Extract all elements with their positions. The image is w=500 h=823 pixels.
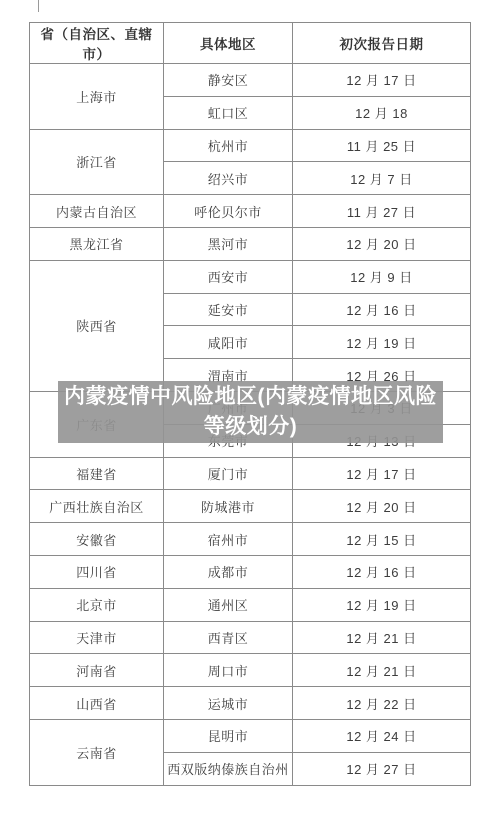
area-cell: 咸阳市 [164, 326, 293, 359]
province-cell: 内蒙古自治区 [30, 195, 164, 228]
header-area: 具体地区 [164, 23, 293, 64]
province-cell: 河南省 [30, 654, 164, 687]
area-cell: 防城港市 [164, 490, 293, 523]
area-cell: 虹口区 [164, 96, 293, 129]
area-cell: 绍兴市 [164, 162, 293, 195]
date-cell: 12 月 16 日 [293, 293, 471, 326]
date-cell: 12 月 19 日 [293, 326, 471, 359]
area-cell: 杭州市 [164, 129, 293, 162]
date-cell: 12 月 17 日 [293, 457, 471, 490]
table-row: 安徽省 宿州市 12 月 15 日 [30, 523, 471, 556]
area-cell: 周口市 [164, 654, 293, 687]
table-row: 内蒙古自治区 呼伦贝尔市 11 月 27 日 [30, 195, 471, 228]
area-cell: 通州区 [164, 588, 293, 621]
date-cell: 12 月 21 日 [293, 654, 471, 687]
province-cell: 山西省 [30, 687, 164, 720]
area-cell: 西双版纳傣族自治州 [164, 752, 293, 785]
area-cell: 宿州市 [164, 523, 293, 556]
date-cell: 12 月 21 日 [293, 621, 471, 654]
table-row: 上海市 静安区 12 月 17 日 [30, 64, 471, 97]
table-row: 福建省 厦门市 12 月 17 日 [30, 457, 471, 490]
date-cell: 11 月 25 日 [293, 129, 471, 162]
area-cell: 西青区 [164, 621, 293, 654]
date-cell: 12 月 24 日 [293, 719, 471, 752]
area-cell: 成都市 [164, 555, 293, 588]
date-cell: 12 月 19 日 [293, 588, 471, 621]
header-date: 初次报告日期 [293, 23, 471, 64]
date-cell: 12 月 18 [293, 96, 471, 129]
province-cell: 广西壮族自治区 [30, 490, 164, 523]
date-cell: 12 月 7 日 [293, 162, 471, 195]
province-cell: 安徽省 [30, 523, 164, 556]
province-cell: 天津市 [30, 621, 164, 654]
watermark-title-overlay: 内蒙疫情中风险地区(内蒙疫情地区风险等级划分) [58, 381, 443, 443]
area-cell: 黑河市 [164, 227, 293, 260]
date-cell: 12 月 16 日 [293, 555, 471, 588]
area-cell: 静安区 [164, 64, 293, 97]
area-cell: 昆明市 [164, 719, 293, 752]
date-cell: 12 月 15 日 [293, 523, 471, 556]
header-province: 省（自治区、直辖市） [30, 23, 164, 64]
watermark-title-text: 内蒙疫情中风险地区(内蒙疫情地区风险等级划分) [58, 382, 443, 442]
table-row: 浙江省 杭州市 11 月 25 日 [30, 129, 471, 162]
province-cell: 浙江省 [30, 129, 164, 195]
province-cell: 北京市 [30, 588, 164, 621]
table-row: 天津市 西青区 12 月 21 日 [30, 621, 471, 654]
table-header-row: 省（自治区、直辖市） 具体地区 初次报告日期 [30, 23, 471, 64]
province-cell: 陕西省 [30, 260, 164, 391]
province-cell: 四川省 [30, 555, 164, 588]
table-row: 黑龙江省 黑河市 12 月 20 日 [30, 227, 471, 260]
date-cell: 12 月 27 日 [293, 752, 471, 785]
table-row: 四川省 成都市 12 月 16 日 [30, 555, 471, 588]
area-cell: 延安市 [164, 293, 293, 326]
date-cell: 12 月 20 日 [293, 490, 471, 523]
province-cell: 黑龙江省 [30, 227, 164, 260]
table-row: 北京市 通州区 12 月 19 日 [30, 588, 471, 621]
area-cell: 厦门市 [164, 457, 293, 490]
table-row: 云南省 昆明市 12 月 24 日 [30, 719, 471, 752]
province-cell: 福建省 [30, 457, 164, 490]
province-cell: 上海市 [30, 64, 164, 130]
table-row: 河南省 周口市 12 月 21 日 [30, 654, 471, 687]
page: 省（自治区、直辖市） 具体地区 初次报告日期 上海市 静安区 12 月 17 日… [0, 0, 500, 823]
date-cell: 11 月 27 日 [293, 195, 471, 228]
cropped-table-remnant-line [38, 0, 39, 12]
date-cell: 12 月 20 日 [293, 227, 471, 260]
area-cell: 运城市 [164, 687, 293, 720]
area-cell: 西安市 [164, 260, 293, 293]
province-cell: 云南省 [30, 719, 164, 785]
table-row: 陕西省 西安市 12 月 9 日 [30, 260, 471, 293]
date-cell: 12 月 17 日 [293, 64, 471, 97]
table-row: 广西壮族自治区 防城港市 12 月 20 日 [30, 490, 471, 523]
area-cell: 呼伦贝尔市 [164, 195, 293, 228]
date-cell: 12 月 9 日 [293, 260, 471, 293]
date-cell: 12 月 22 日 [293, 687, 471, 720]
table-row: 山西省 运城市 12 月 22 日 [30, 687, 471, 720]
